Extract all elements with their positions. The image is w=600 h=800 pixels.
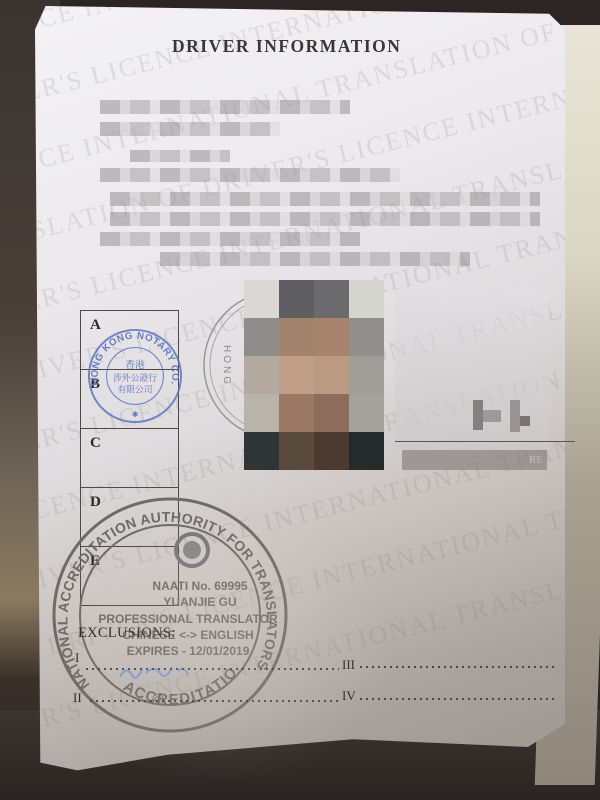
- naati-role: PROFESSIONAL TRANSLATOR: [98, 612, 278, 626]
- photo-pixel: [279, 356, 314, 394]
- signature-label-text: RE: [529, 454, 543, 466]
- signature-mark: [473, 400, 483, 430]
- exclusion-line-2: [88, 700, 338, 702]
- naati-name: YUANJIE GU: [163, 595, 236, 609]
- photo-pixel: [349, 432, 384, 470]
- redacted-field: [160, 252, 470, 266]
- photo-pixel: [279, 280, 314, 318]
- driver-photo: [244, 280, 384, 470]
- redacted-field: [100, 122, 280, 136]
- photo-pixel: [244, 394, 279, 432]
- notary-inner-line-3: 有限公司: [117, 384, 152, 396]
- photo-pixel: [314, 432, 349, 470]
- notary-inner-line-1: 香港: [125, 358, 145, 371]
- exclusion-slot-3: III: [342, 657, 355, 673]
- redacted-field: [100, 232, 360, 246]
- photo-pixel: [244, 432, 279, 470]
- vehicle-class-row: C: [81, 429, 178, 488]
- exclusions-label: EXCLUSIONS:: [78, 625, 176, 642]
- signature-mark: [510, 400, 520, 432]
- exclusion-line-1: [84, 668, 339, 670]
- exclusion-line-4: [358, 698, 558, 700]
- photo-pixel: [244, 318, 279, 356]
- redacted-field: [110, 212, 540, 226]
- photo-pixel: [349, 356, 384, 394]
- star-icon: ✱: [132, 410, 139, 419]
- redacted-field: [110, 192, 540, 206]
- photo-pixel: [314, 318, 349, 356]
- redacted-field: [100, 168, 400, 182]
- signature-area: [395, 290, 550, 450]
- photo-pixel: [314, 394, 349, 432]
- notary-stamp: HONG KONG NOTARY CO. LIMITED 香港 涉外公證行 有限…: [86, 327, 184, 425]
- photo-pixel: [279, 318, 314, 356]
- signature-mark: [483, 410, 501, 422]
- naati-expiry: EXPIRES - 12/01/2019: [127, 644, 250, 658]
- photo-pixel: [349, 394, 384, 432]
- photo-pixel: [244, 280, 279, 318]
- redacted-field: [100, 100, 350, 114]
- photo-pixel: [279, 394, 314, 432]
- signature-line: [395, 441, 575, 442]
- exclusion-line-3: [358, 666, 558, 668]
- naati-stamp: NATIONAL ACCREDITATION AUTHORITY FOR TRA…: [50, 495, 290, 735]
- photo-pixel: [314, 280, 349, 318]
- photo-pixel: [349, 280, 384, 318]
- signature-label: RE: [402, 450, 547, 470]
- photo-pixel: [244, 356, 279, 394]
- photo-pixel: [314, 356, 349, 394]
- page-title: DRIVER INFORMATION: [172, 36, 401, 57]
- photo-pixel: [279, 432, 314, 470]
- signature-mark: [520, 416, 530, 426]
- exclusion-slot-1: I: [75, 650, 79, 666]
- exclusion-slot-4: IV: [342, 688, 356, 704]
- naati-number: NAATI No. 69995: [152, 579, 247, 593]
- photo-pixel: [349, 318, 384, 356]
- notary-inner-line-2: 涉外公證行: [113, 372, 157, 384]
- redacted-field: [130, 150, 230, 162]
- exclusion-slot-2: II: [73, 690, 82, 706]
- faint-seal-text: HONG: [221, 345, 232, 387]
- vehicle-class-letter: C: [90, 435, 101, 452]
